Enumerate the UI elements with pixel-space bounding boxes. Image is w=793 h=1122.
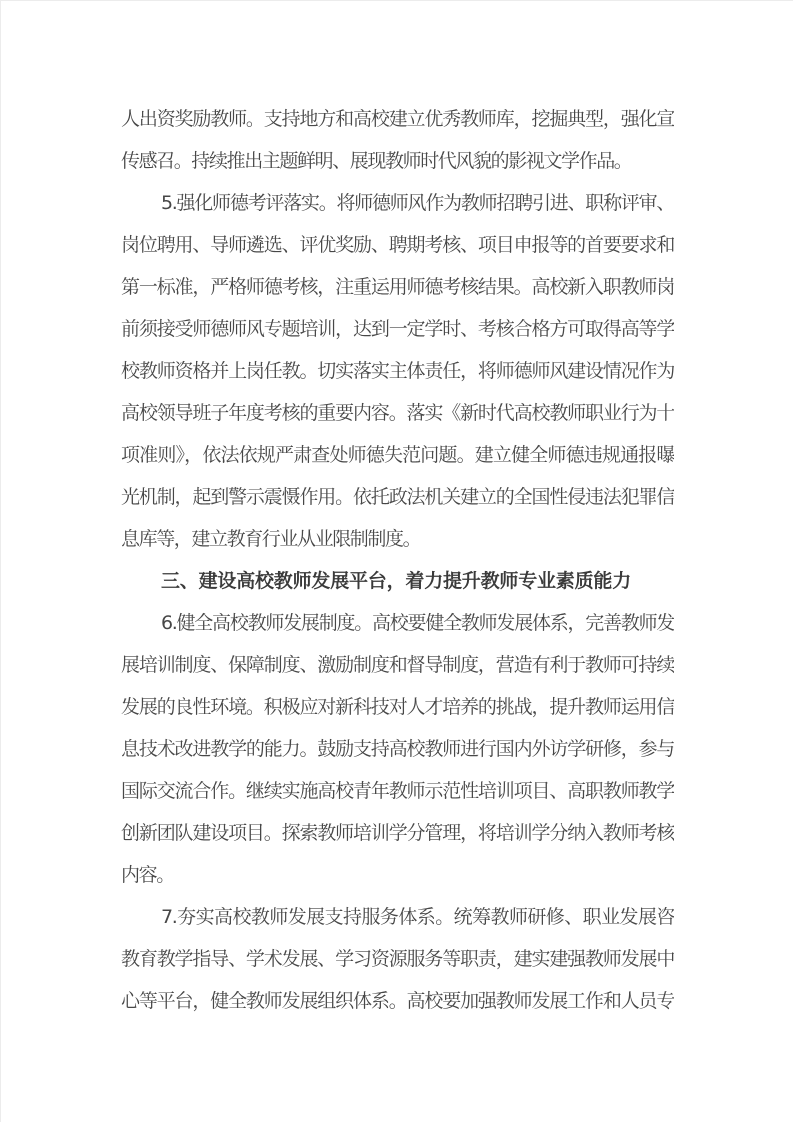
text-line: 发展的良性环境。积极应对新科技对人才培养的挑战，提升教师运用信 [121, 686, 674, 728]
document-body: 人出资奖励教师。支持地方和高校建立优秀教师库，挖掘典型，强化宣 传感召。持续推出… [121, 98, 674, 1022]
text-line: 息库等，建立教育行业从业限制制度。 [121, 518, 674, 560]
text-line: 传感召。持续推出主题鲜明、展现教师时代风貌的影视文学作品。 [121, 140, 674, 182]
text-line: 光机制，起到警示震慑作用。依托政法机关建立的全国性侵违法犯罪信 [121, 476, 674, 518]
text-line: 第一标准，严格师德考核，注重运用师德考核结果。高校新入职教师岗 [121, 266, 674, 308]
text-line: 人出资奖励教师。支持地方和高校建立优秀教师库，挖掘典型，强化宣 [121, 98, 674, 140]
text-line: 高校领导班子年度考核的重要内容。落实《新时代高校教师职业行为十 [121, 392, 674, 434]
document-page: 人出资奖励教师。支持地方和高校建立优秀教师库，挖掘典型，强化宣 传感召。持续推出… [0, 0, 793, 1122]
text-line: 内容。 [121, 854, 674, 896]
text-line: 前须接受师德师风专题培训，达到一定学时、考核合格方可取得高等学 [121, 308, 674, 350]
paragraph-7-start: 7.夯实高校教师发展支持服务体系。统筹教师研修、职业发展咨询、 [121, 896, 674, 938]
text-line: 教育教学指导、学术发展、学习资源服务等职责，建实建强教师发展中 [121, 938, 674, 980]
section-heading: 三、建设高校教师发展平台，着力提升教师专业素质能力 [121, 560, 674, 602]
paragraph-6-start: 6.健全高校教师发展制度。高校要健全教师发展体系，完善教师发 [121, 602, 674, 644]
text-line: 展培训制度、保障制度、激励制度和督导制度，营造有利于教师可持续 [121, 644, 674, 686]
text-line: 创新团队建设项目。探索教师培训学分管理，将培训学分纳入教师考核 [121, 812, 674, 854]
text-line: 国际交流合作。继续实施高校青年教师示范性培训项目、高职教师教学 [121, 770, 674, 812]
text-line: 息技术改进教学的能力。鼓励支持高校教师进行国内外访学研修，参与 [121, 728, 674, 770]
text-line: 项准则》，依法依规严肃查处师德失范问题。建立健全师德违规通报曝 [121, 434, 674, 476]
text-line: 心等平台，健全教师发展组织体系。高校要加强教师发展工作和人员专 [121, 980, 674, 1022]
text-line: 岗位聘用、导师遴选、评优奖励、聘期考核、项目申报等的首要要求和 [121, 224, 674, 266]
text-line: 校教师资格并上岗任教。切实落实主体责任，将师德师风建设情况作为 [121, 350, 674, 392]
paragraph-5-start: 5.强化师德考评落实。将师德师风作为教师招聘引进、职称评审、 [121, 182, 674, 224]
